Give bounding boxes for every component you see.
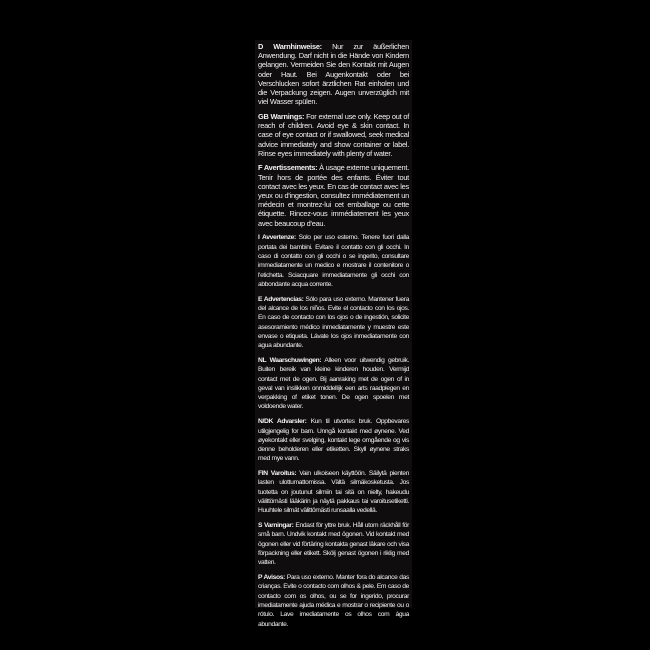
warning-text-de: Nur zur äußerlichen Anwendung. Darf nich… [258, 42, 409, 106]
warning-heading-pt: P Avisos: [258, 574, 285, 581]
warning-heading-nl: NL Waarschuwingen: [258, 357, 321, 364]
warning-text-pt: Para uso externo. Manter fora do alcance… [258, 574, 409, 627]
warning-es: E Advertencias: Sólo para uso externo. M… [258, 295, 409, 351]
warning-text-fr: À usage externe uniquement. Tenir hors d… [258, 163, 409, 227]
warning-text-it: Solo per uso esterno. Tenere fuori dalla… [258, 234, 409, 287]
warning-gb: GB Warnings: For external use only. Keep… [258, 112, 409, 158]
warning-heading-no-dk: N/DK Advarsler: [258, 418, 306, 425]
warning-heading-fr: F Avertissements: [258, 163, 317, 172]
warning-fi: FIN Varoitus: Vain ulkoiseen käyttöön. S… [258, 469, 409, 515]
warning-text-nl: Alleen voor uitwendig gebruik. Buiten be… [258, 357, 409, 410]
warning-text-es: Sólo para uso externo. Mantener fuera de… [258, 296, 409, 349]
warning-de: D Warnhinweise: Nur zur äußerlichen Anwe… [258, 42, 409, 106]
warning-heading-de: D Warnhinweise: [258, 42, 322, 51]
warning-no-dk: N/DK Advarsler: Kun til utvortes bruk. O… [258, 417, 409, 463]
warning-heading-se: S Varningar: [258, 522, 294, 529]
warning-heading-gb: GB Warnings: [258, 112, 304, 121]
warning-it: I Avvertenze: Solo per uso esterno. Tene… [258, 233, 409, 289]
warning-heading-it: I Avvertenze: [258, 234, 296, 241]
warning-fr: F Avertissements: À usage externe unique… [258, 163, 409, 227]
warning-heading-fi: FIN Varoitus: [258, 470, 296, 477]
warning-nl: NL Waarschuwingen: Alleen voor uitwendig… [258, 356, 409, 412]
product-photo-background: D Warnhinweise: Nur zur äußerlichen Anwe… [0, 0, 650, 650]
warning-pt: P Avisos: Para uso externo. Manter fora … [258, 573, 409, 629]
warning-label-panel: D Warnhinweise: Nur zur äußerlichen Anwe… [255, 40, 412, 608]
warning-se: S Varningar: Endast för yttre bruk. Håll… [258, 521, 409, 567]
warning-heading-es: E Advertencias: [258, 296, 303, 303]
